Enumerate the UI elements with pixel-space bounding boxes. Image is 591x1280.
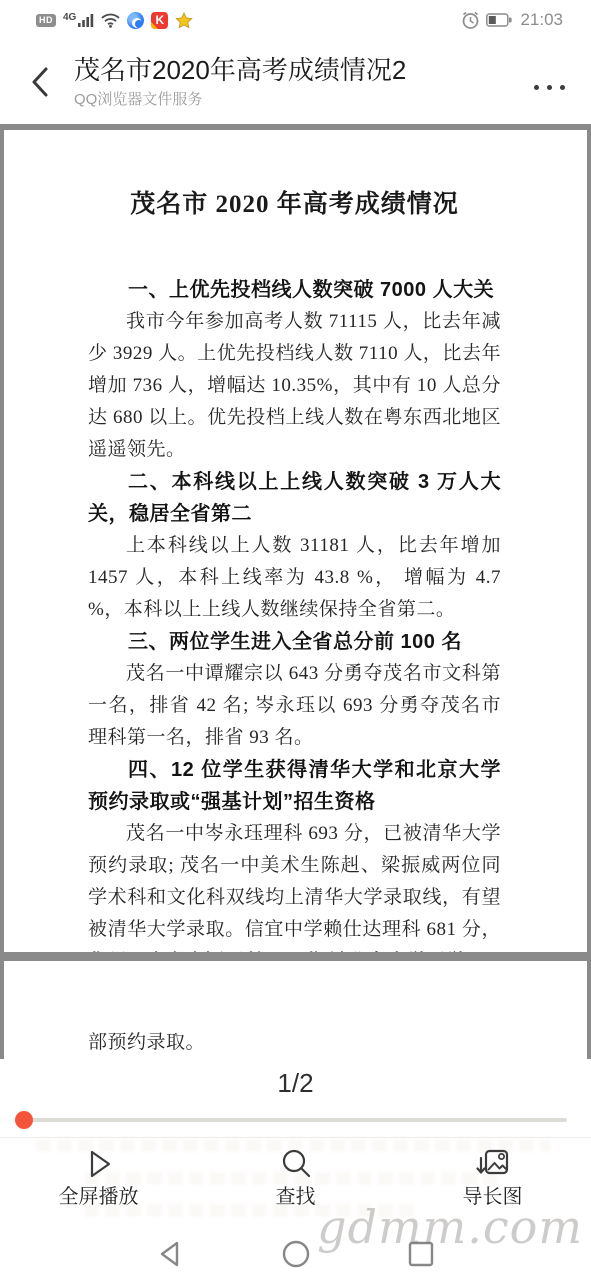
export-long-image-icon — [474, 1146, 512, 1182]
fullscreen-play-button[interactable]: 全屏播放 — [0, 1138, 197, 1229]
status-bar: HD 4G K — [0, 0, 591, 40]
star-icon — [175, 12, 193, 29]
dot — [534, 85, 539, 90]
document-page-1[interactable]: 茂名市 2020 年高考成绩情况 一、上优先投档线人数突破 7000 人大关 我… — [0, 130, 591, 952]
page-slider[interactable] — [0, 1104, 591, 1134]
network-type-label: 4G — [63, 12, 76, 23]
page-break-divider — [0, 952, 591, 961]
section-heading-4: 四、12 位学生获得清华大学和北京大学预约录取或“强基计划”招生资格 — [88, 754, 501, 818]
signal-strength-icon: 4G — [63, 13, 94, 27]
wifi-icon — [101, 13, 120, 28]
signal-bars-icon — [78, 13, 94, 27]
android-nav-bar — [0, 1229, 591, 1280]
qq-browser-icon — [127, 12, 144, 29]
k-app-icon: K — [151, 12, 168, 29]
more-options-button[interactable] — [528, 75, 565, 90]
hd-icon: HD — [36, 14, 56, 27]
slider-track[interactable] — [24, 1118, 567, 1122]
file-title: 茂名市2020年高考成绩情况2 — [74, 55, 528, 85]
section-heading-3: 三、两位学生进入全省总分前 100 名 — [88, 626, 501, 658]
paragraph-3: 茂名一中谭耀宗以 643 分勇夺茂名市文科第一名，排省 42 名; 岑永珏以 6… — [88, 658, 501, 754]
nav-home-icon[interactable] — [281, 1239, 311, 1269]
header-titles: 茂名市2020年高考成绩情况2 QQ浏览器文件服务 — [74, 55, 528, 109]
back-chevron-icon — [30, 66, 50, 98]
document-page-2[interactable]: 部预约录取。 — [0, 961, 591, 1059]
nav-back-icon[interactable] — [156, 1239, 184, 1269]
file-source-label: QQ浏览器文件服务 — [74, 88, 528, 109]
phone-screen: HD 4G K — [0, 0, 591, 1280]
dot — [547, 85, 552, 90]
section-heading-1: 一、上优先投档线人数突破 7000 人大关 — [88, 274, 501, 306]
status-time: 21:03 — [520, 10, 563, 30]
section-heading-2: 二、本科线以上上线人数突破 3 万人大关，稳居全省第二 — [88, 466, 501, 530]
status-right-icons: 21:03 — [461, 10, 563, 30]
find-button[interactable]: 查找 — [197, 1138, 394, 1229]
search-icon — [278, 1146, 314, 1182]
paragraph-4: 茂名一中岑永珏理科 693 分，已被清华大学预约录取; 茂名一中美术生陈赳、梁振… — [88, 818, 501, 952]
toolbar-label: 导长图 — [463, 1186, 523, 1208]
toolbar-label: 全屏播放 — [59, 1186, 139, 1208]
toolbar-label: 查找 — [276, 1186, 316, 1208]
paragraph-2: 上本科线以上人数 31181 人，比去年增加 1457 人，本科上线率为 43.… — [88, 530, 501, 626]
k-app-letter: K — [156, 13, 165, 27]
export-long-image-button[interactable]: 导长图 — [394, 1138, 591, 1229]
app-header: 茂名市2020年高考成绩情况2 QQ浏览器文件服务 — [0, 40, 591, 124]
battery-icon — [486, 13, 512, 27]
dot — [560, 85, 565, 90]
paragraph-1: 我市今年参加高考人数 71115 人，比去年减少 3929 人。上优先投档线人数… — [88, 306, 501, 466]
alarm-clock-icon — [461, 11, 480, 30]
slider-handle[interactable] — [15, 1111, 33, 1129]
play-icon — [81, 1146, 117, 1182]
status-left-icons: HD 4G K — [36, 12, 193, 29]
page-indicator: 1/2 — [0, 1062, 591, 1104]
bottom-toolbar: 全屏播放 查找 导长图 — [0, 1137, 591, 1229]
paragraph-4-continued: 部预约录取。 — [88, 1027, 501, 1059]
back-button[interactable] — [30, 65, 60, 99]
document-title: 茂名市 2020 年高考成绩情况 — [88, 184, 501, 220]
nav-recents-icon[interactable] — [407, 1239, 435, 1269]
